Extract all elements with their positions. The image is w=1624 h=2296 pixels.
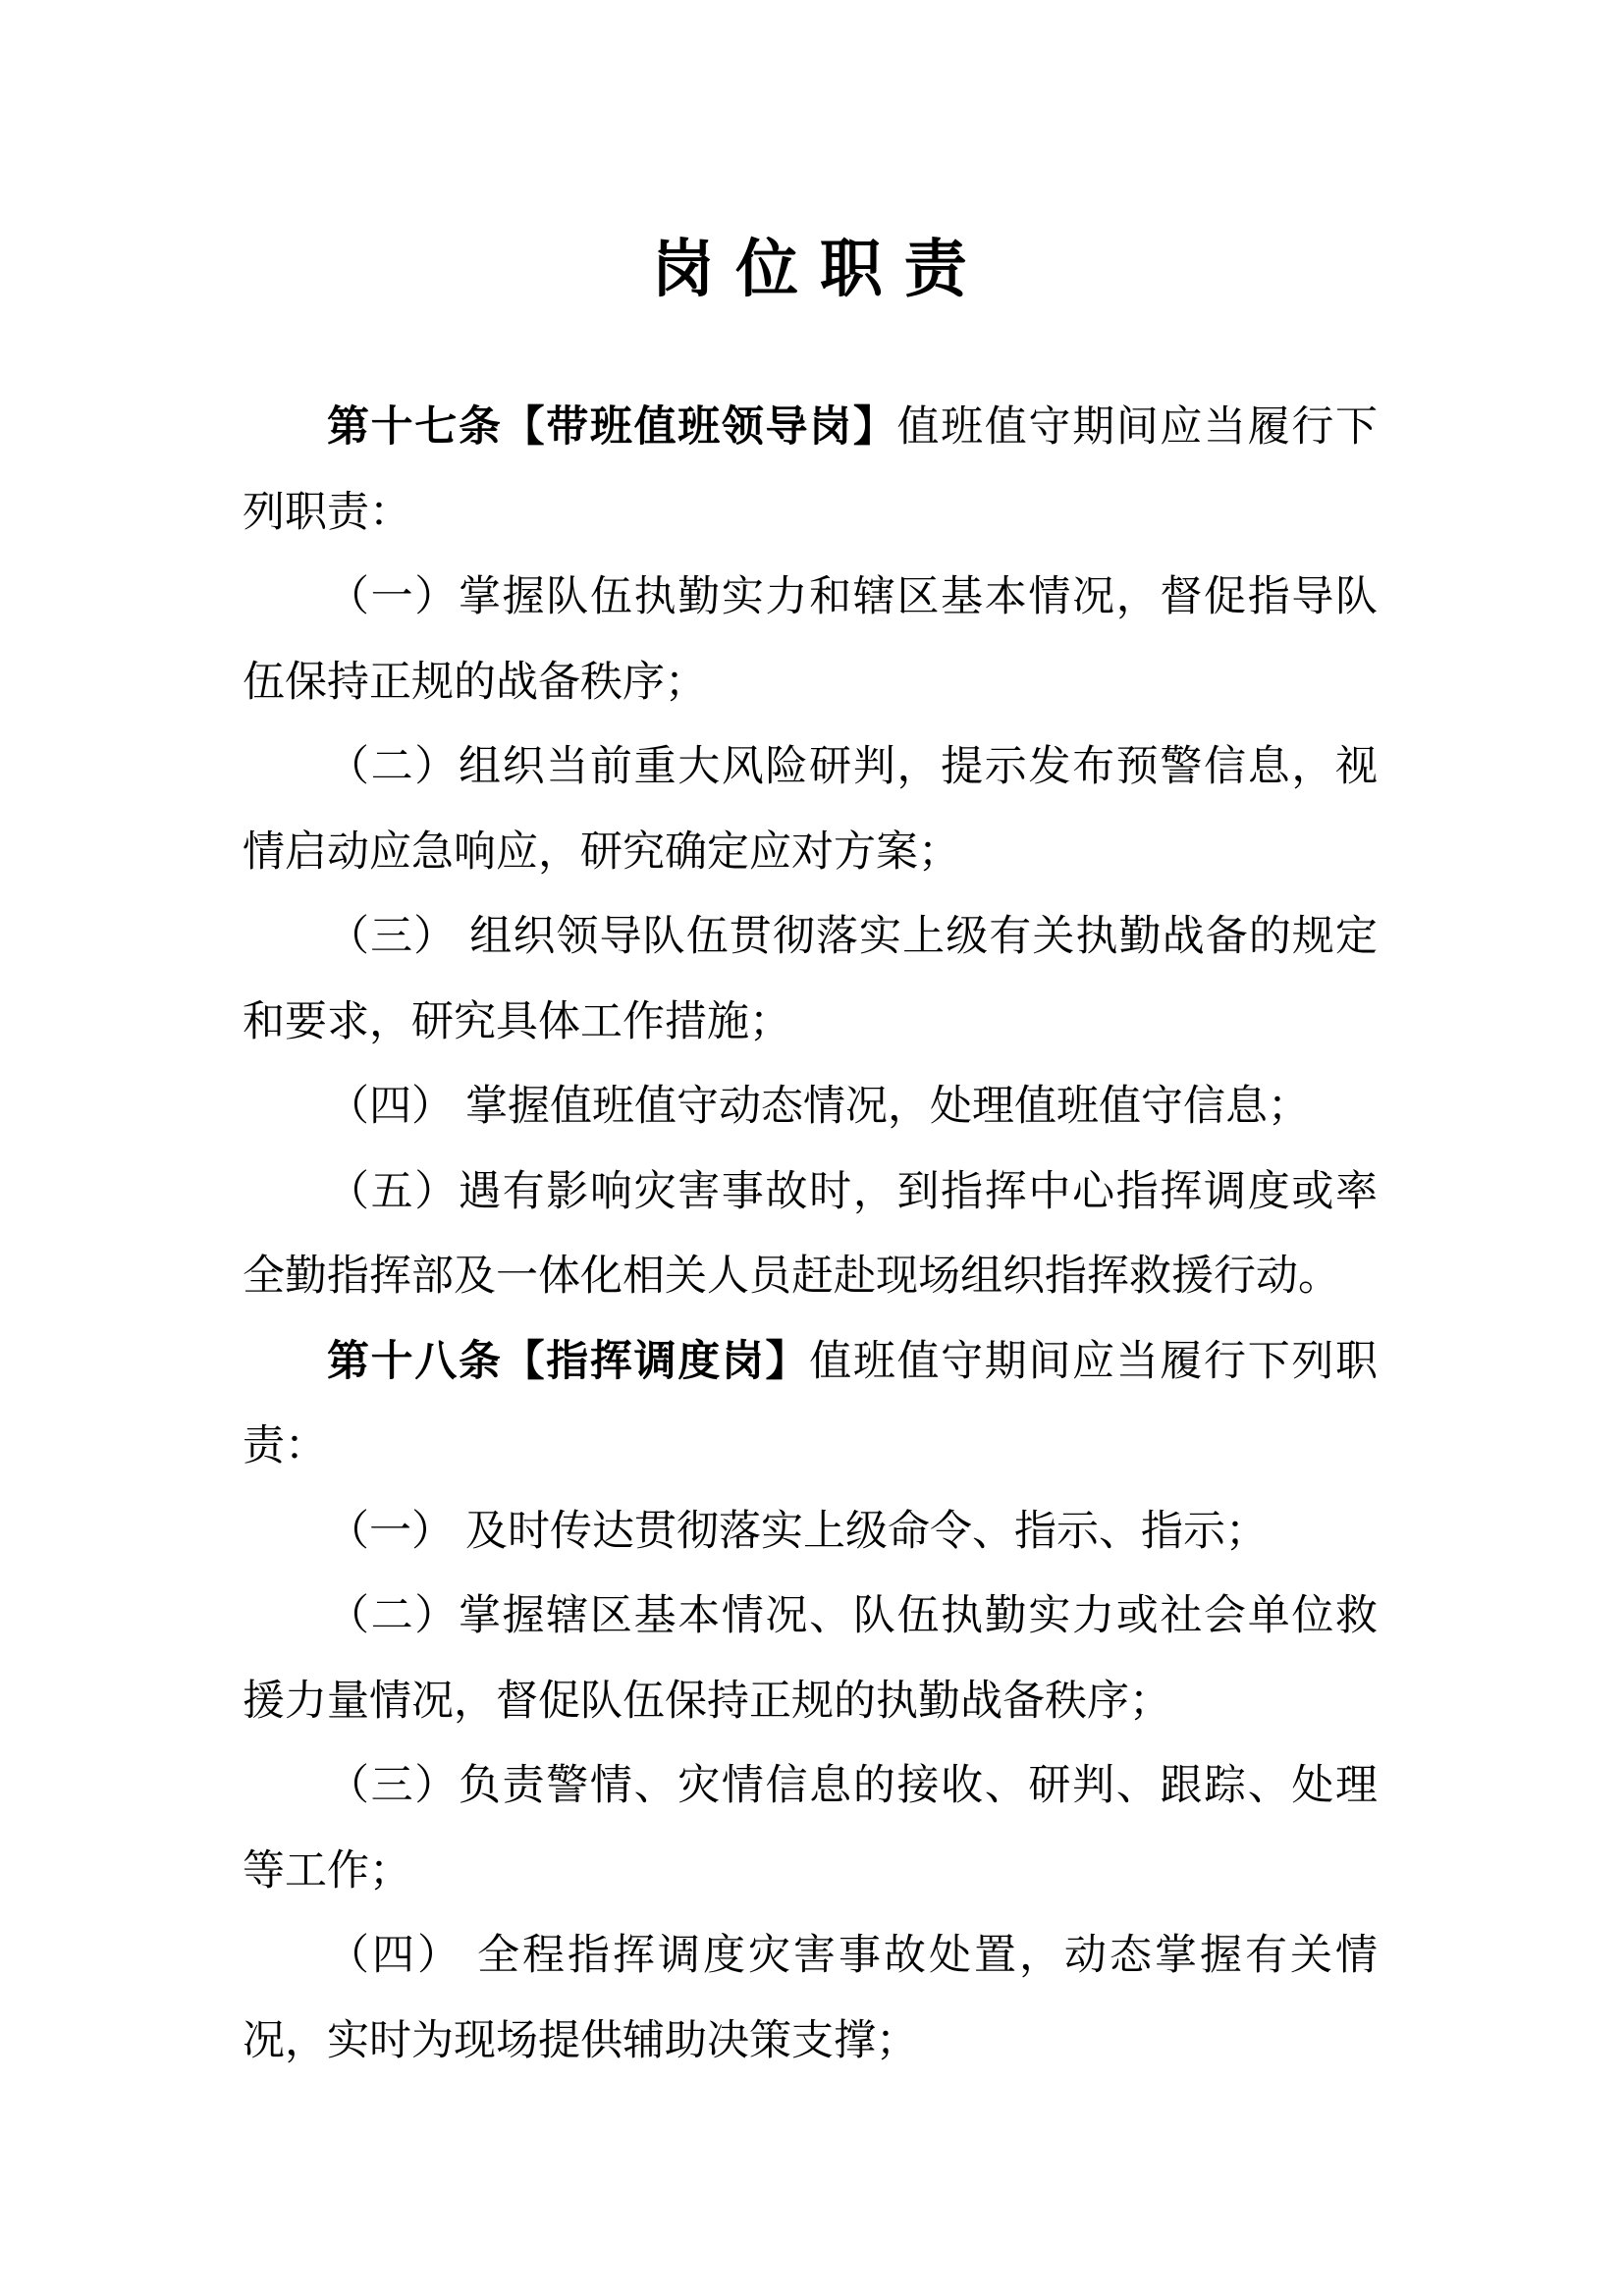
document-body: 第十七条【带班值班领导岗】值班值守期间应当履行下列职责： （一）掌握队伍执勤实力… [243, 385, 1378, 2083]
article-17-heading: 第十七条【带班值班领导岗】 [327, 403, 896, 451]
paragraph-18-item-2: （二）掌握辖区基本情况、队伍执勤实力或社会单位救援力量情况，督促队伍保持正规的执… [243, 1574, 1378, 1743]
paragraph-article-17: 第十七条【带班值班领导岗】值班值守期间应当履行下列职责： [243, 385, 1378, 555]
paragraph-18-item-1: （一） 及时传达贯彻落实上级命令、指示、指示； [243, 1489, 1378, 1575]
paragraph-text: （四） 掌握值班值守动态情况，处理值班值守信息； [327, 1083, 1310, 1130]
page-title: 岗 位 职 责 [243, 0, 1378, 306]
paragraph-17-item-1: （一）掌握队伍执勤实力和辖区基本情况，督促指导队伍保持正规的战备秩序； [243, 555, 1378, 724]
paragraph-text: （二）组织当前重大风险研判，提示发布预警信息，视情启动应急响应，研究确定应对方案… [243, 743, 1378, 876]
article-18-heading: 第十八条【指挥调度岗】 [327, 1338, 809, 1385]
paragraph-text: （一） 及时传达贯彻落实上级命令、指示、指示； [327, 1508, 1268, 1555]
paragraph-17-item-3: （三） 组织领导队伍贯彻落实上级有关执勤战备的规定和要求，研究具体工作措施； [243, 894, 1378, 1064]
document-page: 岗 位 职 责 第十七条【带班值班领导岗】值班值守期间应当履行下列职责： （一）… [0, 0, 1624, 2296]
paragraph-17-item-4: （四） 掌握值班值守动态情况，处理值班值守信息； [243, 1064, 1378, 1149]
paragraph-18-item-4: （四） 全程指挥调度灾害事故处置，动态掌握有关情况，实时为现场提供辅助决策支撑； [243, 1913, 1378, 2083]
paragraph-article-18: 第十八条【指挥调度岗】值班值守期间应当履行下列职责： [243, 1319, 1378, 1489]
paragraph-text: （三） 组织领导队伍贯彻落实上级有关执勤战备的规定和要求，研究具体工作措施； [243, 913, 1378, 1045]
paragraph-text: （五）遇有影响灾害事故时，到指挥中心指挥调度或率全勤指挥部及一体化相关人员赶赴现… [243, 1168, 1378, 1301]
paragraph-text: （二）掌握辖区基本情况、队伍执勤实力或社会单位救援力量情况，督促队伍保持正规的执… [243, 1592, 1378, 1725]
paragraph-17-item-2: （二）组织当前重大风险研判，提示发布预警信息，视情启动应急响应，研究确定应对方案… [243, 724, 1378, 894]
paragraph-17-item-5: （五）遇有影响灾害事故时，到指挥中心指挥调度或率全勤指挥部及一体化相关人员赶赴现… [243, 1149, 1378, 1319]
paragraph-text: （四） 全程指挥调度灾害事故处置，动态掌握有关情况，实时为现场提供辅助决策支撑； [243, 1932, 1378, 2064]
paragraph-18-item-3: （三）负责警情、灾情信息的接收、研判、跟踪、处理等工作； [243, 1743, 1378, 1913]
paragraph-text: （一）掌握队伍执勤实力和辖区基本情况，督促指导队伍保持正规的战备秩序； [243, 573, 1378, 706]
paragraph-text: （三）负责警情、灾情信息的接收、研判、跟踪、处理等工作； [243, 1762, 1378, 1895]
